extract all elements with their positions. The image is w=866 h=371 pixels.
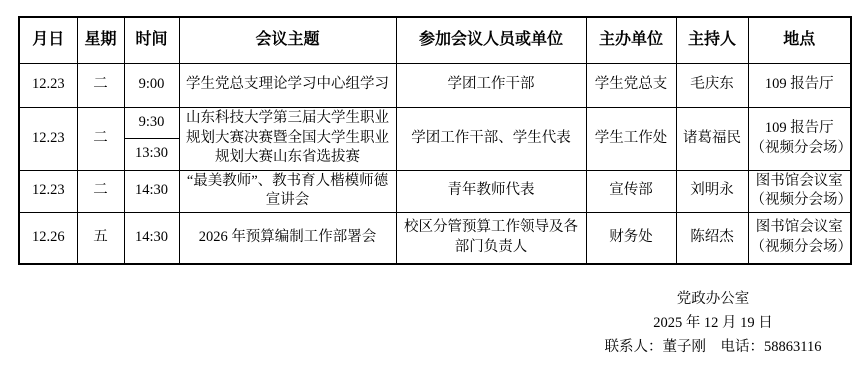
date-cell: 12.23 <box>19 107 77 170</box>
header-weekday: 星期 <box>77 17 124 63</box>
organizer-cell: 宣传部 <box>586 170 676 212</box>
participants-cell: 校区分管预算工作领导及各部门负责人 <box>396 212 586 264</box>
header-row: 月日 星期 时间 会议主题 参加会议人员或单位 主办单位 主持人 地点 <box>19 17 851 63</box>
organizer-cell: 财务处 <box>586 212 676 264</box>
meeting-schedule-table: 月日 星期 时间 会议主题 参加会议人员或单位 主办单位 主持人 地点 12.2… <box>18 16 852 265</box>
host-cell: 刘明永 <box>676 170 748 212</box>
location-cell: 109 报告厅 （视频分会场） <box>748 107 851 170</box>
header-location: 地点 <box>748 17 851 63</box>
weekday-cell: 五 <box>77 212 124 264</box>
topic-cell: 学生党总支理论学习中心组学习 <box>179 63 396 107</box>
participants-cell: 青年教师代表 <box>396 170 586 212</box>
organizer-cell: 学生党总支 <box>586 63 676 107</box>
date-cell: 12.26 <box>19 212 77 264</box>
weekday-cell: 二 <box>77 107 124 170</box>
header-date: 月日 <box>19 17 77 63</box>
time-split-group: 9:30 13:30 <box>125 108 179 170</box>
table-row: 12.23 二 9:30 13:30 山东科技大学第三届大学生职业规划大赛决赛暨… <box>19 107 851 170</box>
issuing-office: 党政办公室 <box>563 289 863 309</box>
topic-cell: 山东科技大学第三届大学生职业规划大赛决赛暨全国大学生职业规划大赛山东省选拔赛 <box>179 107 396 170</box>
participants-cell: 学团工作干部、学生代表 <box>396 107 586 170</box>
location-cell: 109 报告厅 <box>748 63 851 107</box>
time-cell: 9:30 13:30 <box>124 107 179 170</box>
host-cell: 诸葛福民 <box>676 107 748 170</box>
time-cell: 9:00 <box>124 63 179 107</box>
time-cell: 14:30 <box>124 212 179 264</box>
issue-date: 2025 年 12 月 19 日 <box>563 313 863 333</box>
header-host: 主持人 <box>676 17 748 63</box>
location-cell: 图书馆会议室 （视频分会场） <box>748 170 851 212</box>
date-cell: 12.23 <box>19 170 77 212</box>
table-row: 12.23 二 14:30 “最美教师”、教书育人楷模师德宣讲会 青年教师代表 … <box>19 170 851 212</box>
topic-cell: 2026 年预算编制工作部署会 <box>179 212 396 264</box>
table-row: 12.26 五 14:30 2026 年预算编制工作部署会 校区分管预算工作领导… <box>19 212 851 264</box>
signature-block: 党政办公室 2025 年 12 月 19 日 联系人：董子刚 电话：588631… <box>563 289 863 361</box>
host-cell: 陈绍杰 <box>676 212 748 264</box>
time-morning: 9:30 <box>125 108 179 140</box>
topic-cell: “最美教师”、教书育人楷模师德宣讲会 <box>179 170 396 212</box>
header-organizer: 主办单位 <box>586 17 676 63</box>
table-row: 12.23 二 9:00 学生党总支理论学习中心组学习 学团工作干部 学生党总支… <box>19 63 851 107</box>
location-cell: 图书馆会议室 （视频分会场） <box>748 212 851 264</box>
weekday-cell: 二 <box>77 170 124 212</box>
participants-cell: 学团工作干部 <box>396 63 586 107</box>
header-time: 时间 <box>124 17 179 63</box>
date-cell: 12.23 <box>19 63 77 107</box>
organizer-cell: 学生工作处 <box>586 107 676 170</box>
time-cell: 14:30 <box>124 170 179 212</box>
header-participants: 参加会议人员或单位 <box>396 17 586 63</box>
header-topic: 会议主题 <box>179 17 396 63</box>
host-cell: 毛庆东 <box>676 63 748 107</box>
contact-info: 联系人：董子刚 电话：58863116 <box>563 337 863 357</box>
time-afternoon: 13:30 <box>125 139 179 170</box>
meeting-schedule-page: 月日 星期 时间 会议主题 参加会议人员或单位 主办单位 主持人 地点 12.2… <box>0 0 866 371</box>
weekday-cell: 二 <box>77 63 124 107</box>
